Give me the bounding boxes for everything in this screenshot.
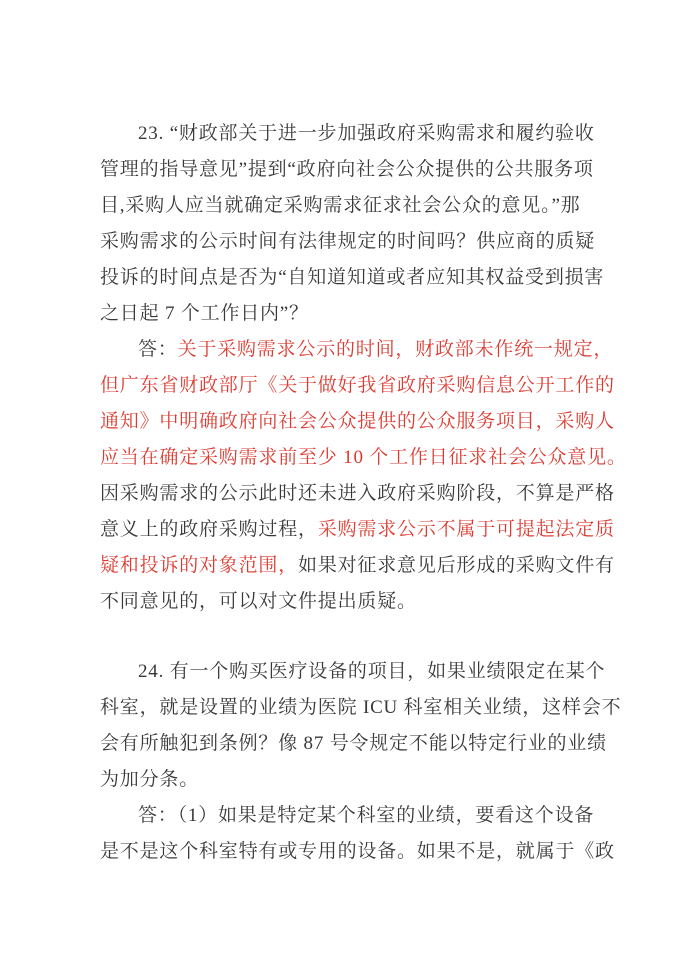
q23-text: 投诉的时间点是否为“自知道知道或者应知其权益受到损害 <box>100 267 604 288</box>
a23-highlight-text: 应当在确定采购需求前至少 10 个工作日征求社会公众意见。 <box>100 447 627 468</box>
a23-text: 意义上的政府采购过程， <box>100 519 318 540</box>
q23-line-6: 之日起 7 个工作日内”？ <box>100 296 584 332</box>
a23-line-3: 通知》中明确政府向社会公众提供的公众服务项目，采购人 <box>100 404 584 440</box>
a23-text: 不同意见的，可以对文件提出质疑。 <box>100 591 417 612</box>
a23-highlight-text: 但广东省财政部厅《关于做好我省政府采购信息公开工作的 <box>100 375 615 396</box>
q23-text: 管理的指导意见”提到“政府向社会公众提供的公共服务项 <box>100 159 594 180</box>
a23-highlight-text: 关于采购需求公示的时间，财政部未作统一规定， <box>178 339 614 360</box>
a23-line-8: 不同意见的，可以对文件提出质疑。 <box>100 584 584 620</box>
q24-line-4: 为加分条。 <box>100 762 584 798</box>
q23-text: 目,采购人应当就确定采购需求征求社会公众的意见。”那 <box>100 195 580 216</box>
text-block: 23. “财政部关于进一步加强政府采购需求和履约验收 管理的指导意见”提到“政府… <box>100 116 584 870</box>
a23-highlight-text: 采购需求公示不属于可提起法定质 <box>318 519 615 540</box>
a23-line-2: 但广东省财政部厅《关于做好我省政府采购信息公开工作的 <box>100 368 584 404</box>
a24-text: 答：（1）如果是特定某个科室的业绩，要看这个设备 <box>138 805 594 826</box>
a23-line-5: 因采购需求的公示此时还未进入政府采购阶段，不算是严格 <box>100 476 584 512</box>
q24-line-1: 24. 有一个购买医疗设备的项目，如果业绩限定在某个 <box>100 654 584 690</box>
q24-text: 24. 有一个购买医疗设备的项目，如果业绩限定在某个 <box>138 661 605 682</box>
q24-line-2: 科室，就是设置的业绩为医院 ICU 科室相关业绩，这样会不 <box>100 690 584 726</box>
a24-line-1: 答：（1）如果是特定某个科室的业绩，要看这个设备 <box>100 798 584 834</box>
paragraph-gap <box>100 620 584 654</box>
q23-text: 采购需求的公示时间有法律规定的时间吗？供应商的质疑 <box>100 231 595 252</box>
a23-line-6: 意义上的政府采购过程，采购需求公示不属于可提起法定质 <box>100 512 584 548</box>
a24-text: 是不是这个科室特有或专用的设备。如果不是，就属于《政 <box>100 841 615 862</box>
q23-line-1: 23. “财政部关于进一步加强政府采购需求和履约验收 <box>100 116 584 152</box>
a23-line-4: 应当在确定采购需求前至少 10 个工作日征求社会公众意见。 <box>100 440 584 476</box>
a23-answer-label: 答： <box>138 339 178 360</box>
q24-text: 科室，就是设置的业绩为医院 ICU 科室相关业绩，这样会不 <box>100 697 621 718</box>
q23-line-5: 投诉的时间点是否为“自知道知道或者应知其权益受到损害 <box>100 260 584 296</box>
a23-text: 如果对征求意见后形成的采购文件有 <box>298 555 615 576</box>
q23-line-3: 目,采购人应当就确定采购需求征求社会公众的意见。”那 <box>100 188 584 224</box>
a23-text: 因采购需求的公示此时还未进入政府采购阶段，不算是严格 <box>100 483 615 504</box>
a23-highlight-text: 疑和投诉的对象范围， <box>100 555 298 576</box>
a24-line-2: 是不是这个科室特有或专用的设备。如果不是，就属于《政 <box>100 834 584 870</box>
a23-highlight-text: 通知》中明确政府向社会公众提供的公众服务项目，采购人 <box>100 411 615 432</box>
q23-line-2: 管理的指导意见”提到“政府向社会公众提供的公共服务项 <box>100 152 584 188</box>
q24-line-3: 会有所触犯到条例？像 87 号令规定不能以特定行业的业绩 <box>100 726 584 762</box>
a23-line-1: 答：关于采购需求公示的时间，财政部未作统一规定， <box>100 332 584 368</box>
a23-line-7: 疑和投诉的对象范围，如果对征求意见后形成的采购文件有 <box>100 548 584 584</box>
q24-text: 为加分条。 <box>100 769 199 790</box>
q23-text: 23. “财政部关于进一步加强政府采购需求和履约验收 <box>138 123 595 144</box>
q23-text: 之日起 7 个工作日内”？ <box>100 303 309 324</box>
q24-text: 会有所触犯到条例？像 87 号令规定不能以特定行业的业绩 <box>100 733 607 754</box>
document-page: 23. “财政部关于进一步加强政府采购需求和履约验收 管理的指导意见”提到“政府… <box>0 0 680 962</box>
q23-line-4: 采购需求的公示时间有法律规定的时间吗？供应商的质疑 <box>100 224 584 260</box>
